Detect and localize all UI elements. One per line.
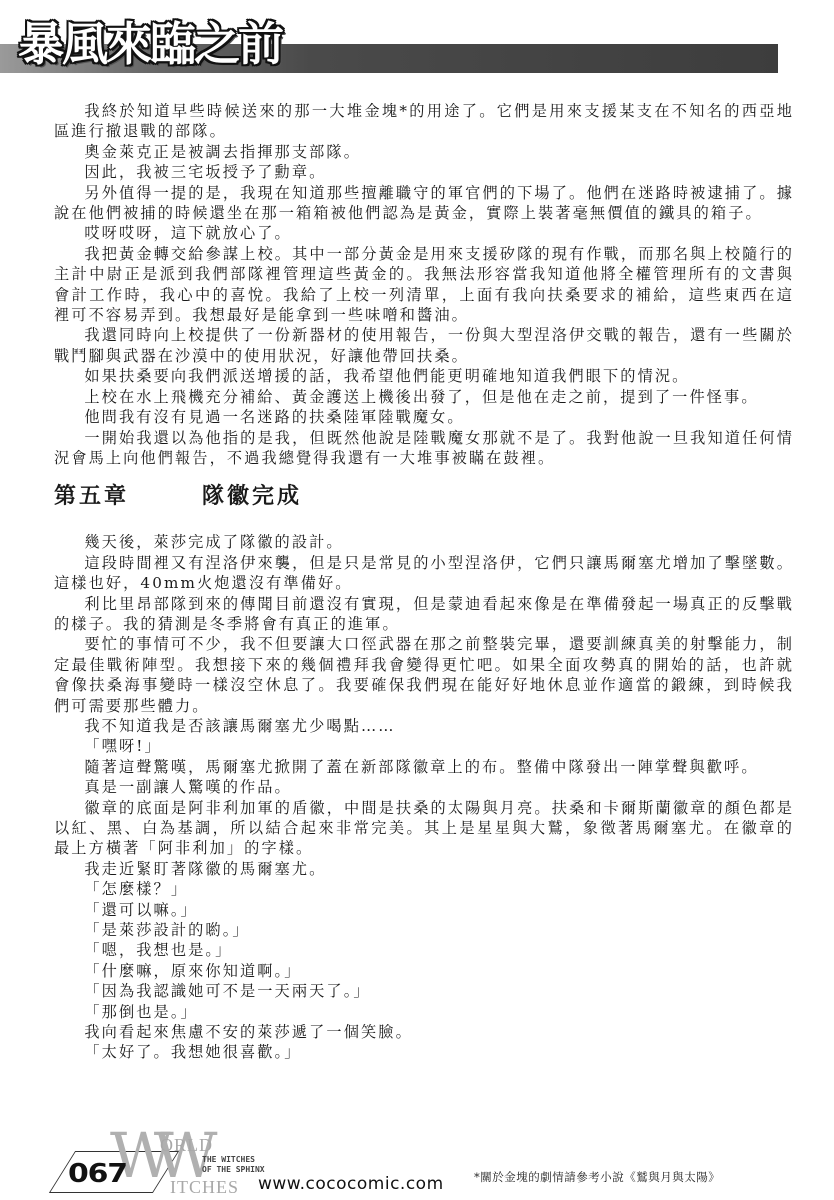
chapter-number: 第五章 (54, 486, 202, 506)
paragraph: 我終於知道早些時候送來的那一大堆金塊*的用途了。它們是用來支援某支在不知名的西亞… (54, 101, 794, 142)
paragraph: 我向看起來焦慮不安的萊莎遞了一個笑臉。 (54, 1022, 794, 1042)
paragraph: 徽章的底面是阿非利加軍的盾徽，中間是扶桑的太陽與月亮。扶桑和卡爾斯蘭徽章的顏色都… (54, 798, 794, 859)
paragraph: 因此，我被三宅坂授予了勳章。 (54, 162, 794, 182)
logo-word-top: ORLD (160, 1135, 213, 1156)
paragraph: 如果扶桑要向我們派送增援的話，我希望他們能更明確地知道我們眼下的情況。 (54, 366, 794, 386)
chapter-heading: 第五章 隊徽完成 (54, 486, 794, 512)
website-watermark: www.cococomic.com (258, 1174, 444, 1194)
paragraph: 我走近緊盯著隊徽的馬爾塞尤。 (54, 859, 794, 879)
subtitle-line: OF THE SPHINX (202, 1165, 265, 1175)
paragraph: 這段時間裡又有涅洛伊來襲，但是只是常見的小型涅洛伊，它們只讓馬爾塞尤增加了擊墜數… (54, 553, 794, 594)
dialogue-line: 「還可以嘛。」 (54, 900, 794, 920)
article-body: 我終於知道早些時候送來的那一大堆金塊*的用途了。它們是用來支援某支在不知名的西亞… (54, 101, 794, 1063)
page-number: 067 (68, 1159, 127, 1189)
paragraph: 隨著這聲驚嘆，馬爾塞尤掀開了蓋在新部隊徽章上的布。整備中隊發出一陣掌聲與歡呼。 (54, 757, 794, 777)
dialogue-line: 「怎麼樣？」 (54, 879, 794, 899)
paragraph: 利比里昂部隊到來的傳聞目前還沒有實現，但是蒙迪看起來像是在準備發起一場真正的反擊… (54, 594, 794, 635)
paragraph: 一開始我還以為他指的是我，但既然他說是陸戰魔女那就不是了。我對他說一旦我知道任何… (54, 428, 794, 469)
dialogue-line: 「是萊莎設計的喲。」 (54, 920, 794, 940)
paragraph: 奧金萊克正是被調去指揮那支部隊。 (54, 142, 794, 162)
page-title: 暴風來臨之前 (18, 14, 282, 74)
dialogue-line: 「那倒也是。」 (54, 1002, 794, 1022)
paragraph: 上校在水上飛機充分補給、黃金護送上機後出發了，但是他在走之前，提到了一件怪事。 (54, 387, 794, 407)
dialogue-line: 「因為我認識她可不是一天兩天了。」 (54, 981, 794, 1001)
paragraph: 我還同時向上校提供了一份新器材的使用報告，一份與大型涅洛伊交戰的報告，還有一些關… (54, 325, 794, 366)
dialogue-line: 「嗯，我想也是。」 (54, 940, 794, 960)
dialogue-line: 「什麼嘛，原來你知道啊。」 (54, 961, 794, 981)
page-footer: WW ORLD ITCHES 067 THE WITCHES OF THE SP… (0, 1125, 834, 1200)
paragraph: 我把黃金轉交給參謀上校。其中一部分黃金是用來支援矽隊的現有作戰，而那名與上校隨行… (54, 244, 794, 326)
subtitle-line: THE WITCHES (202, 1155, 265, 1165)
footnote: *關於金塊的劇情請參考小說《鷲與月與太陽》 (474, 1169, 720, 1185)
paragraph: 哎呀哎呀，這下就放心了。 (54, 223, 794, 243)
paragraph: 幾天後，萊莎完成了隊徽的設計。 (54, 532, 794, 552)
logo-word-bottom: ITCHES (170, 1177, 239, 1198)
paragraph: 我不知道我是否該讓馬爾塞尤少喝點…… (54, 716, 794, 736)
series-subtitle: THE WITCHES OF THE SPHINX (202, 1155, 265, 1175)
paragraph: 要忙的事情可不少，我不但要讓大口徑武器在那之前整裝完畢，還要訓練真美的射擊能力，… (54, 634, 794, 716)
chapter-title: 隊徽完成 (202, 486, 302, 506)
dialogue-line: 「太好了。我想她很喜歡。」 (54, 1042, 794, 1062)
paragraph: 另外值得一提的是，我現在知道那些擅離職守的軍官們的下場了。他們在迷路時被逮捕了。… (54, 183, 794, 224)
paragraph: 他問我有沒有見過一名迷路的扶桑陸軍陸戰魔女。 (54, 407, 794, 427)
paragraph: 真是一副讓人驚嘆的作品。 (54, 777, 794, 797)
dialogue-line: 「嘿呀!」 (54, 736, 794, 756)
